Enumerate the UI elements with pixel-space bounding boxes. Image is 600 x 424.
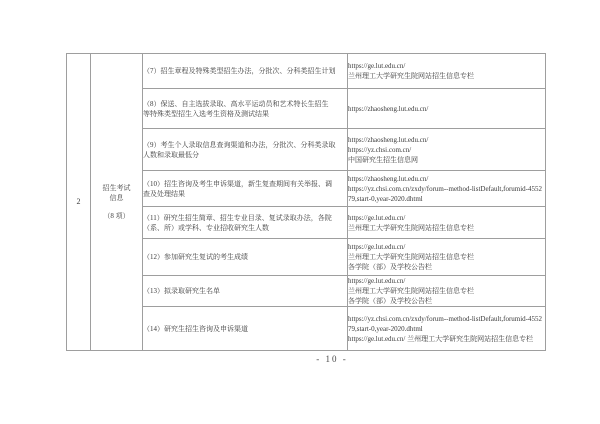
channel-cell: https://zhaosheng.lut.edu.cn/https://yz.…	[348, 171, 546, 207]
item-cell: （13）拟录取研究生名单	[143, 276, 348, 307]
item-line: 等特殊类型招生入选考生资格及测试结果	[143, 109, 347, 119]
channel-line: https://zhaosheng.lut.edu.cn/	[348, 135, 545, 145]
item-line: （11）研究生招生简章、招生专业目录、复试录取办法，各院	[143, 213, 347, 223]
item-cell: （7）招生章程及特殊类型招生办法，分批次、分科类招生计划	[143, 54, 348, 89]
item-line: 人数和录取最低分	[143, 150, 347, 160]
document-page: 2 招生考试 信息 （8 项） （7）招生章程及特殊类型招生办法，分批次、分科类…	[0, 0, 600, 424]
item-cell: （8）保送、自主选拔录取、高水平运动员和艺术特长生招生等特殊类型招生入选考生资格…	[143, 89, 348, 129]
page-number: - 10 -	[62, 354, 600, 364]
row-group-index: 2	[67, 197, 90, 207]
item-cell: （9）考生个人录取信息查询渠道和办法，分批次、分科类录取人数和录取最低分	[143, 129, 348, 171]
channel-line: https://yz.chsi.com.cn/zxdy/forum--metho…	[348, 314, 545, 334]
channel-line: 兰州理工大学研究生院网站招生信息专栏	[348, 71, 545, 81]
channel-line: https://zhaosheng.lut.edu.cn/	[348, 174, 545, 184]
channel-line: https://ge.lut.edu.cn/	[348, 61, 545, 71]
channel-line: https://ge.lut.edu.cn/	[348, 213, 545, 223]
item-line: （8）保送、自主选拔录取、高水平运动员和艺术特长生招生	[143, 99, 347, 109]
item-cell: （10）招生咨询及考生申诉渠道，新生复查期间有关举报、调查及处理结果	[143, 171, 348, 207]
channel-line: 中国研究生招生信息网	[348, 155, 545, 165]
item-cell: （12）参加研究生复试的考生成绩	[143, 239, 348, 276]
item-line: （12）参加研究生复试的考生成绩	[143, 252, 347, 262]
channel-cell: https://ge.lut.edu.cn/兰州理工大学研究生院网站招生信息专栏	[348, 207, 546, 239]
info-disclosure-table: 2 招生考试 信息 （8 项） （7）招生章程及特殊类型招生办法，分批次、分科类…	[66, 53, 546, 351]
category-label: 招生考试	[91, 183, 142, 193]
category-cell: 招生考试 信息 （8 项）	[91, 54, 143, 351]
item-line: （10）招生咨询及考生申诉渠道，新生复查期间有关举报、调	[143, 179, 347, 189]
channel-cell: https://yz.chsi.com.cn/zxdy/forum--metho…	[348, 307, 546, 351]
channel-line: https://ge.lut.edu.cn/	[348, 242, 545, 252]
channel-line: 各学院（部）及学校公告栏	[348, 262, 545, 272]
item-cell: （14）研究生招生咨询及申诉渠道	[143, 307, 348, 351]
channel-line: https://yz.chsi.com.cn/	[348, 145, 545, 155]
channel-cell: https://ge.lut.edu.cn/兰州理工大学研究生院网站招生信息专栏…	[348, 276, 546, 307]
channel-cell: https://ge.lut.edu.cn/兰州理工大学研究生院网站招生信息专栏…	[348, 239, 546, 276]
channel-line: https://yz.chsi.com.cn/zxdy/forum--metho…	[348, 184, 545, 204]
channel-line: 兰州理工大学研究生院网站招生信息专栏	[348, 286, 545, 296]
channel-line: https://zhaosheng.lut.edu.cn/	[348, 104, 545, 114]
item-line: （系、所）或学科、专业招收研究生人数	[143, 223, 347, 233]
channel-line: 各学院（部）及学校公告栏	[348, 296, 545, 306]
item-line: （14）研究生招生咨询及申诉渠道	[143, 324, 347, 334]
table-row: 2 招生考试 信息 （8 项） （7）招生章程及特殊类型招生办法，分批次、分科类…	[67, 54, 546, 89]
category-label: 信息	[91, 193, 142, 203]
channel-cell: https://zhaosheng.lut.edu.cn/	[348, 89, 546, 129]
item-cell: （11）研究生招生简章、招生专业目录、复试录取办法，各院（系、所）或学科、专业招…	[143, 207, 348, 239]
category-count: （8 项）	[91, 211, 142, 221]
channel-cell: https://zhaosheng.lut.edu.cn/https://yz.…	[348, 129, 546, 171]
channel-line: 兰州理工大学研究生院网站招生信息专栏	[348, 223, 545, 233]
item-line: （13）拟录取研究生名单	[143, 286, 347, 296]
item-line: （7）招生章程及特殊类型招生办法，分批次、分科类招生计划	[143, 66, 347, 76]
channel-line: https://ge.lut.edu.cn/	[348, 276, 545, 286]
item-line: （9）考生个人录取信息查询渠道和办法，分批次、分科类录取	[143, 140, 347, 150]
channel-cell: https://ge.lut.edu.cn/兰州理工大学研究生院网站招生信息专栏	[348, 54, 546, 89]
channel-line: https://ge.lut.edu.cn/ 兰州理工大学研究生院网站招生信息专…	[348, 334, 545, 344]
row-group-index-cell: 2	[67, 54, 91, 351]
channel-line: 兰州理工大学研究生院网站招生信息专栏	[348, 252, 545, 262]
item-line: 查及处理结果	[143, 189, 347, 199]
